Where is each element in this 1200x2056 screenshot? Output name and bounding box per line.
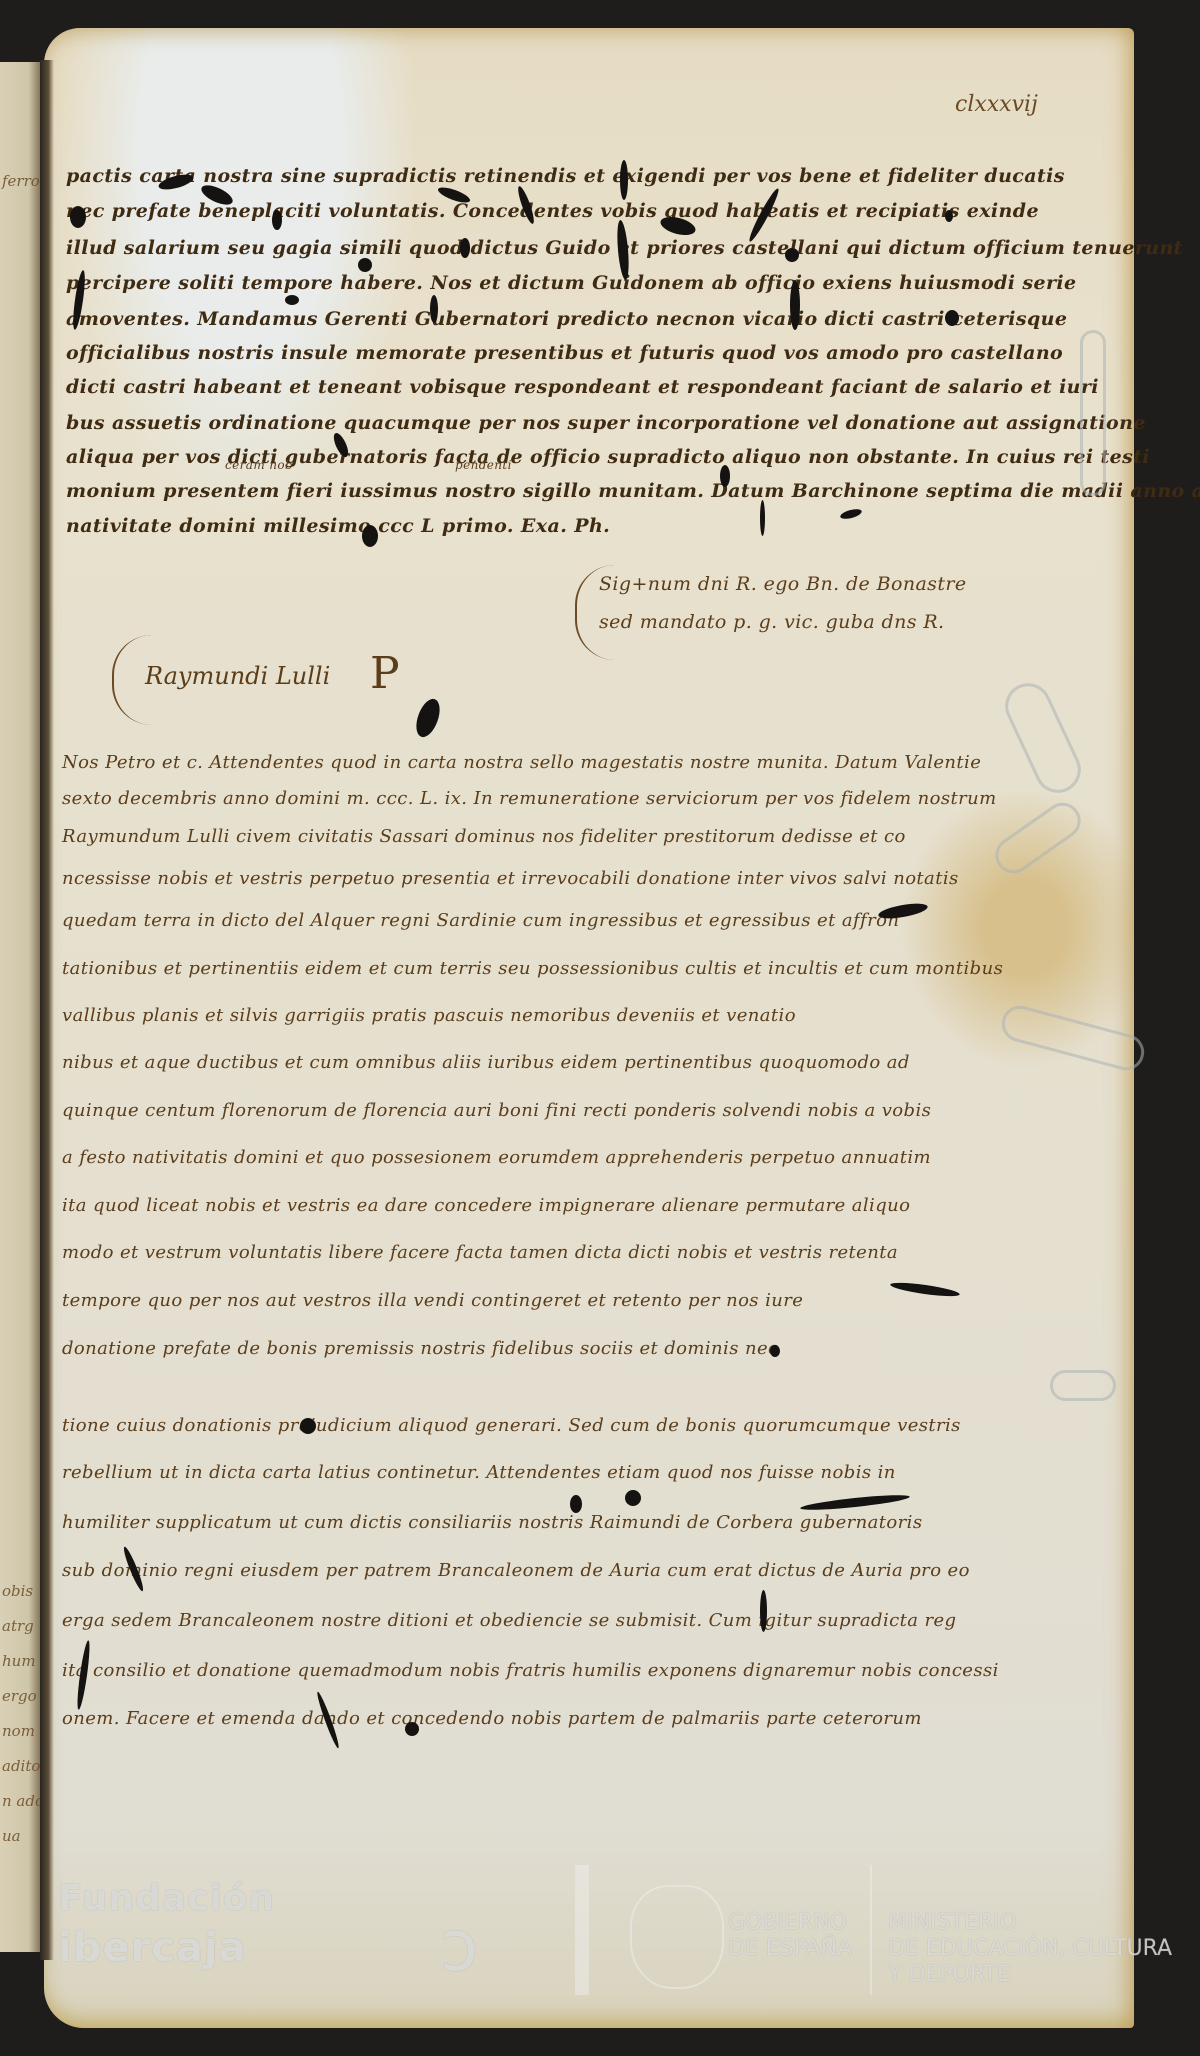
manuscript-line: sexto decembris anno domini m. ccc. L. i… <box>62 788 997 809</box>
flag-bar-icon <box>575 1865 589 1995</box>
interlinear-note: pendenti <box>455 458 512 472</box>
manuscript-line: modo et vestrum voluntatis libere facere… <box>62 1242 898 1263</box>
left-page-fragment: ergo <box>2 1687 37 1705</box>
paragraph-mark: P <box>370 648 400 699</box>
worm-track <box>1050 1370 1116 1401</box>
manuscript-line: ita consilio et donatione quemadmodum no… <box>62 1660 999 1681</box>
folio-number: clxxxvij <box>955 92 1038 117</box>
manuscript-line: nativitate domini millesimo ccc L primo.… <box>66 515 610 537</box>
ink-blot <box>720 465 730 487</box>
ink-blot <box>285 295 299 305</box>
left-page-fragment: ua <box>2 1827 21 1845</box>
gov-line: GOBIERNO <box>728 1910 852 1936</box>
manuscript-line: nibus et aque ductibus et cum omnibus al… <box>62 1052 910 1073</box>
manuscript-line: officialibus nostris insule memorate pre… <box>66 342 1063 364</box>
manuscript-line: bus assuetis ordinatione quacumque per n… <box>66 412 1146 434</box>
ink-blot <box>362 525 378 547</box>
ink-blot <box>570 1495 582 1513</box>
binding-gutter <box>40 60 54 1960</box>
ink-blot <box>785 248 799 262</box>
ink-blot <box>760 500 765 536</box>
entry-heading: Raymundi Lulli <box>145 662 330 690</box>
interlinear-note: ceram nob <box>225 458 293 472</box>
manuscript-line: Raymundum Lulli civem civitatis Sassari … <box>62 826 906 847</box>
ink-blot <box>790 280 800 330</box>
ink-blot <box>405 1722 419 1736</box>
manuscript-line: rebellium ut in dicta carta latius conti… <box>62 1462 896 1483</box>
manuscript-line: ncessisse nobis et vestris perpetuo pres… <box>62 868 959 889</box>
manuscript-line: quedam terra in dicto del Alquer regni S… <box>62 910 899 931</box>
ministry-line: Y DEPORTE <box>888 1962 1172 1988</box>
ink-blot <box>272 210 282 230</box>
left-page-fragment: obis <box>2 1582 33 1600</box>
left-page-fragment: hum <box>2 1652 36 1670</box>
ink-blot <box>770 1345 780 1357</box>
manuscript-line: amoventes. Mandamus Gerenti Gubernatori … <box>66 308 1067 330</box>
left-page-fragment: ferro <box>2 172 40 190</box>
left-page-fragment: adito <box>2 1757 40 1775</box>
manuscript-line: humiliter supplicatum ut cum dictis cons… <box>62 1512 922 1533</box>
left-page-fragment: atrg <box>2 1617 34 1635</box>
watermark-government: GOBIERNO DE ESPAÑA <box>728 1910 852 1962</box>
watermark-foundation-brand: ibercaja <box>58 1925 247 1971</box>
signature-line: sed mandato p. g. vic. guba dns R. <box>599 611 944 633</box>
manuscript-line: a festo nativitatis domini et quo posses… <box>62 1147 931 1168</box>
manuscript-line: donatione prefate de bonis premissis nos… <box>62 1338 778 1359</box>
signature-line: Sig+num dni R. ego Bn. de Bonastre <box>599 573 967 595</box>
manuscript-line: vallibus planis et silvis garrigiis prat… <box>62 1005 796 1026</box>
ministry-line: MINISTERIO <box>888 1910 1172 1936</box>
ink-blot <box>945 210 953 222</box>
registry-signature: Sig+num dni R. ego Bn. de Bonastre sed m… <box>575 565 977 660</box>
manuscript-line: sub dominio regni eiusdem per patrem Bra… <box>62 1560 970 1581</box>
manuscript-line: pactis carta nostra sine supradictis ret… <box>66 165 1065 187</box>
left-page-fragment: n ado <box>2 1792 44 1810</box>
gov-line: DE ESPAÑA <box>728 1936 852 1962</box>
manuscript-line: tempore quo per nos aut vestros illa ven… <box>62 1290 803 1311</box>
watermark-divider <box>870 1865 872 1995</box>
manuscript-line: ita quod liceat nobis et vestris ea dare… <box>62 1195 910 1216</box>
worm-track <box>1080 330 1106 496</box>
manuscript-line: monium presentem fieri iussimus nostro s… <box>66 480 1200 502</box>
ink-blot <box>945 310 959 326</box>
ink-blot <box>625 1490 641 1506</box>
ink-blot <box>70 206 86 228</box>
manuscript-line: tationibus et pertinentiis eidem et cum … <box>62 958 1003 979</box>
ink-blot <box>760 1590 767 1632</box>
manuscript-line: onem. Facere et emenda dando et conceden… <box>62 1708 922 1729</box>
watermark-ministry: MINISTERIO DE EDUCACIÓN, CULTURA Y DEPOR… <box>888 1910 1172 1988</box>
ink-blot <box>430 295 438 323</box>
ink-blot <box>358 258 372 272</box>
ministry-line: DE EDUCACIÓN, CULTURA <box>888 1936 1172 1962</box>
manuscript-line: erga sedem Brancaleonem nostre ditioni e… <box>62 1610 956 1631</box>
ink-blot <box>620 160 628 200</box>
manuscript-line: tione cuius donationis preiudicium aliqu… <box>62 1415 961 1436</box>
manuscript-line: percipere soliti tempore habere. Nos et … <box>66 272 1077 294</box>
left-page-fragment: nom <box>2 1722 35 1740</box>
manuscript-line: quinque centum florenorum de florencia a… <box>62 1100 931 1121</box>
manuscript-line: Nos Petro et c. Attendentes quod in cart… <box>62 752 981 773</box>
manuscript-line: nec prefate beneplaciti voluntatis. Conc… <box>66 200 1039 222</box>
ink-blot <box>300 1418 316 1434</box>
ink-blot <box>460 238 470 258</box>
spanish-coat-of-arms-icon <box>630 1885 724 1989</box>
manuscript-line: dicti castri habeant et teneant vobisque… <box>66 376 1099 398</box>
ibercaja-logo-icon: ↄ <box>440 1905 478 1987</box>
watermark-foundation-name: Fundación <box>58 1878 275 1919</box>
